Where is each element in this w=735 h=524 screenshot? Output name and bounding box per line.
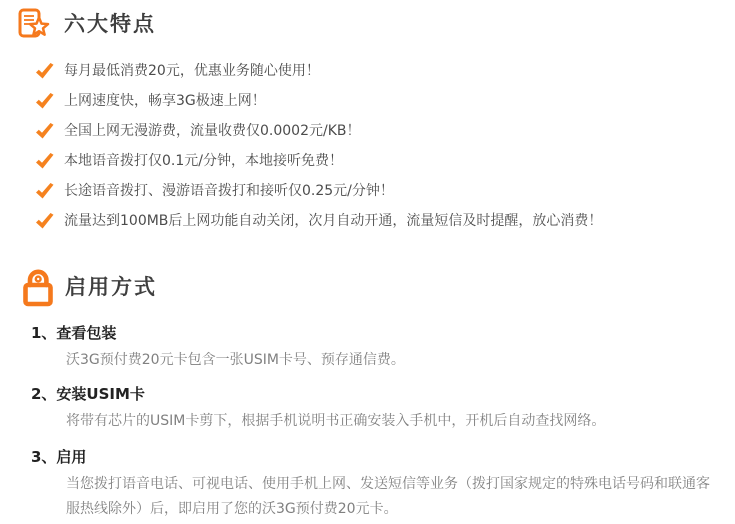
activation-steps: 1、查看包装 沃3G预付费20元卡包含一张USIM卡号、预存通信费。 2、安装U… [0, 326, 735, 522]
check-icon [36, 153, 54, 169]
step-title: 1、查看包装 [31, 326, 735, 341]
feature-item: 全国上网无漫游费，流量收费仅0.0002元/KB！ [36, 123, 735, 139]
page: 六大特点 每月最低消费20元，优惠业务随心使用！ 上网速度快，畅享3G极速上网！… [0, 0, 735, 524]
step-description: 将带有芯片的USIM卡剪下，根据手机说明书正确安装入手机中，开机后自动查找网络。 [66, 409, 711, 434]
features-section-header: 六大特点 [18, 0, 735, 40]
check-icon [36, 93, 54, 109]
check-icon [36, 63, 54, 79]
feature-text: 流量达到100MB后上网功能自动关闭，次月自动开通，流量短信及时提醒，放心消费！ [64, 213, 602, 229]
lock-icon [23, 267, 53, 307]
features-section-title: 六大特点 [64, 9, 156, 40]
feature-item: 上网速度快，畅享3G极速上网！ [36, 93, 735, 109]
feature-text: 本地语音拨打仅0.1元/分钟，本地接听免费！ [64, 153, 343, 169]
feature-text: 全国上网无漫游费，流量收费仅0.0002元/KB！ [64, 123, 361, 139]
step-description: 沃3G预付费20元卡包含一张USIM卡号、预存通信费。 [66, 348, 711, 373]
step-title: 3、启用 [31, 450, 735, 465]
feature-list: 每月最低消费20元，优惠业务随心使用！ 上网速度快，畅享3G极速上网！ 全国上网… [0, 63, 735, 229]
check-icon [36, 183, 54, 199]
feature-text: 每月最低消费20元，优惠业务随心使用！ [64, 63, 320, 79]
activation-section-header: 启用方式 [23, 267, 735, 307]
feature-text: 上网速度快，畅享3G极速上网！ [64, 93, 266, 109]
step-title: 2、安装USIM卡 [31, 387, 735, 402]
check-icon [36, 123, 54, 139]
check-icon [36, 213, 54, 229]
feature-item: 流量达到100MB后上网功能自动关闭，次月自动开通，流量短信及时提醒，放心消费！ [36, 213, 735, 229]
feature-item: 每月最低消费20元，优惠业务随心使用！ [36, 63, 735, 79]
document-star-icon [18, 8, 50, 40]
feature-text: 长途语音拨打、漫游语音拨打和接听仅0.25元/分钟！ [64, 183, 394, 199]
activation-section-title: 启用方式 [65, 272, 157, 303]
feature-item: 长途语音拨打、漫游语音拨打和接听仅0.25元/分钟！ [36, 183, 735, 199]
feature-item: 本地语音拨打仅0.1元/分钟，本地接听免费！ [36, 153, 735, 169]
step-description: 当您拨打语音电话、可视电话、使用手机上网、发送短信等业务（拨打国家规定的特殊电话… [66, 472, 711, 522]
